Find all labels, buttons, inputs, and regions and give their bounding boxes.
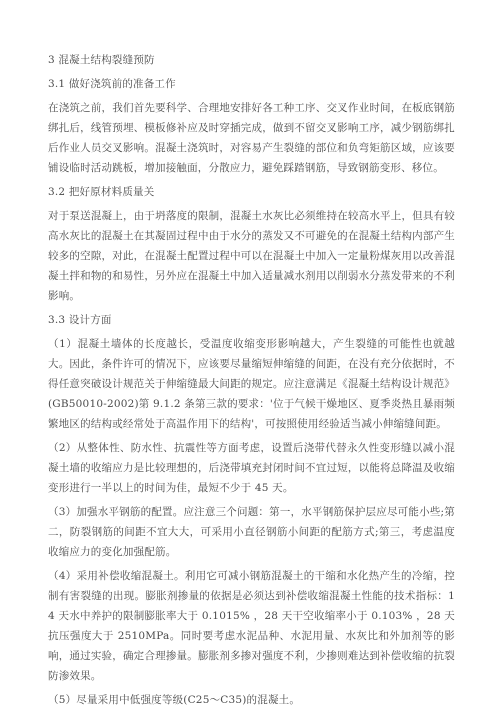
section-heading-3-1: 3.1 做好浇筑前的准备工作 [48, 74, 455, 94]
paragraph-design-item-2: （2）从整体性、防水性、抗震性等方面考虑，设置后浇带代替永久性变形缝以减小混凝土… [48, 438, 455, 498]
section-heading-3: 3 混凝土结构裂缝预防 [48, 50, 455, 70]
paragraph-materials: 对于泵送混凝上，由于坍落度的限制，混凝土水灰比必须维持在较高水平上，但具有较高水… [48, 206, 455, 306]
document-page: 3 混凝土结构裂缝预防 3.1 做好浇筑前的准备工作 在浇筑之前，我们首先要科学… [0, 0, 500, 707]
paragraph-design-item-3: （3）加强水平钢筋的配置。应注意三个问题：第一，水平钢筋保护层应尽可能小些;第二… [48, 502, 455, 562]
section-heading-3-2: 3.2 把好原材料质量关 [48, 182, 455, 202]
paragraph-design-item-4: （4）采用补偿收缩混凝土。利用它可减小钢筋混凝土的干缩和水化热产生的冷缩，控制有… [48, 566, 455, 686]
paragraph-design-item-1: （1）混凝土墙体的长度越长，受温度收缩变形影响越大，产生裂缝的可能性也就越大。因… [48, 334, 455, 434]
section-heading-3-3: 3.3 设计方面 [48, 310, 455, 330]
paragraph-preparation: 在浇筑之前，我们首先要科学、合理地安排好各工种工序、交叉作业时间，在板底钢筋绑扎… [48, 98, 455, 178]
paragraph-design-item-5: （5）尽量采用中低强度等级(C25～C35)的混凝土。 [48, 690, 455, 707]
